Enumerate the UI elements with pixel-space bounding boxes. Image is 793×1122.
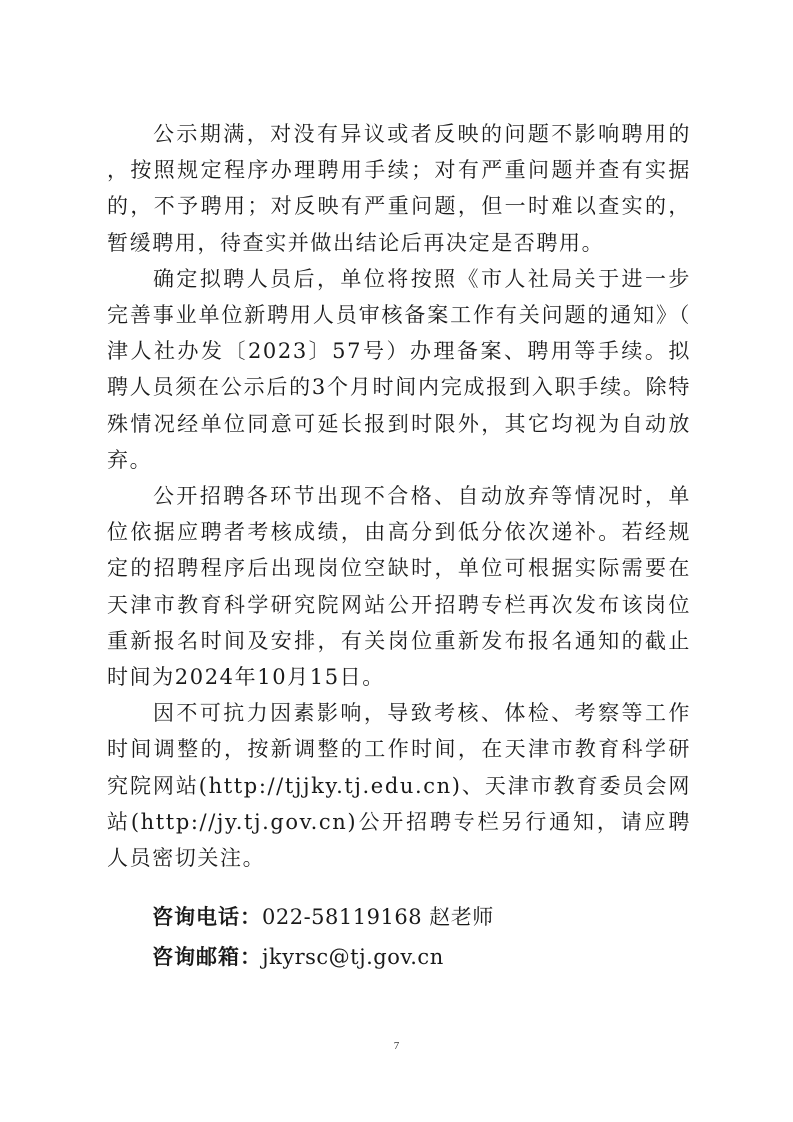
contact-email-value: jkyrsc@tj.gov.cn	[262, 945, 444, 969]
contact-phone: 咨询电话：022-58119168 赵老师	[152, 899, 494, 935]
paragraph-force-majeure: 因不可抗力因素影响，导致考核、体检、考察等工作时间调整的，按新调整的工作时间，在…	[107, 695, 691, 876]
contact-email: 咨询邮箱：jkyrsc@tj.gov.cn	[152, 939, 444, 975]
paragraph-publicity-expiry: 公示期满，对没有异议或者反映的问题不影响聘用的，按照规定程序办理聘用手续；对有严…	[107, 116, 691, 261]
paragraph-vacancy-replacement: 公开招聘各环节出现不合格、自动放弃等情况时，单位依据应聘者考核成绩，由高分到低分…	[107, 478, 691, 695]
paragraph-hiring-filing: 确定拟聘人员后，单位将按照《市人社局关于进一步完善事业单位新聘用人员审核备案工作…	[107, 261, 691, 478]
contact-phone-value: 022-58119168 赵老师	[262, 905, 494, 929]
contact-phone-label: 咨询电话：	[152, 904, 262, 929]
page-number: 7	[0, 1040, 793, 1052]
contact-email-label: 咨询邮箱：	[152, 944, 262, 969]
document-body: 公示期满，对没有异议或者反映的问题不影响聘用的，按照规定程序办理聘用手续；对有严…	[107, 116, 691, 876]
